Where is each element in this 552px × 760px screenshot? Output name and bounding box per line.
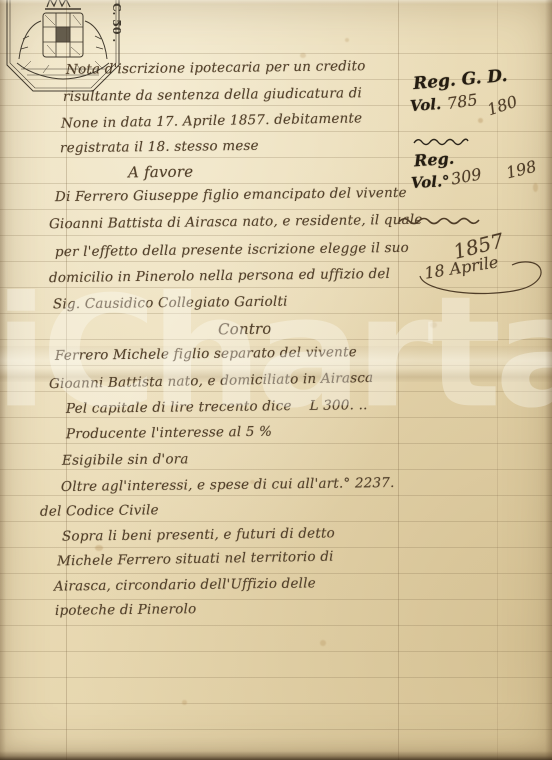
manuscript-line: Sig. Causidico Collegiato Gariolti xyxy=(53,294,288,313)
manuscript-line: del Codice Civile xyxy=(40,502,159,519)
date-flourish xyxy=(412,252,548,302)
manuscript-line: registrata il 18. stesso mese xyxy=(60,138,259,156)
manuscript-line: Producente l'interesse al 5 % xyxy=(66,424,272,443)
age-spot xyxy=(300,53,306,58)
manuscript-line: Sopra li beni presenti, e futuri di dett… xyxy=(62,525,335,544)
section-heading-a-favore: A favore xyxy=(128,163,193,182)
page-edge-shadow xyxy=(0,751,552,760)
manuscript-line: Airasca, circondario dell'Uffizio delle xyxy=(54,575,316,594)
manuscript-page: C. 50 . Nota d'iscrizione ipotecaria per… xyxy=(0,0,552,760)
revenue-stamp-value: C. 50 . xyxy=(110,3,123,42)
registration-stamp-2-label: Reg. xyxy=(413,149,454,171)
ink-flourish xyxy=(412,136,470,146)
age-spot xyxy=(250,480,255,484)
section-heading-contro: Contro xyxy=(218,320,272,339)
revenue-stamp: C. 50 . xyxy=(1,0,123,97)
manuscript-line: ipoteche di Pinerolo xyxy=(55,601,197,619)
age-spot xyxy=(533,183,538,192)
page-edge-shadow xyxy=(0,0,6,760)
age-spot xyxy=(430,322,437,328)
age-spot xyxy=(182,700,187,705)
ink-flourish xyxy=(397,213,483,227)
page-edge-shadow xyxy=(545,0,552,760)
registration-stamp-2-vol-label: Vol.° xyxy=(411,172,451,192)
age-spot xyxy=(320,640,326,646)
age-spot xyxy=(95,545,103,551)
age-spot xyxy=(478,118,483,123)
manuscript-line: Esigibile sin d'ora xyxy=(62,451,189,469)
registration-stamp-1-vol-label: Vol. xyxy=(409,95,441,115)
age-spot xyxy=(345,38,349,42)
page-edge-highlight xyxy=(0,0,552,4)
